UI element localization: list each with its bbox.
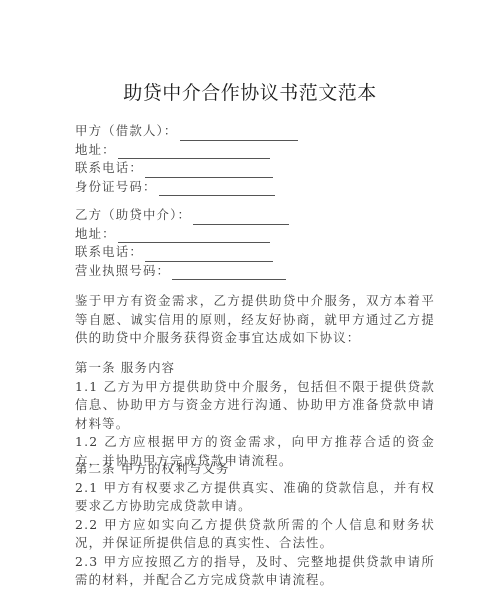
party-b-name-field: 乙方（助贷中介）： [75,206,289,225]
party-a-id-blank[interactable] [159,183,275,196]
field-label: 身份证号码： [75,178,157,197]
document-page: 助贷中介合作协议书范文范本 甲方（借款人）： 地址： 联系电话： 身份证号码： … [0,0,500,597]
party-b-license-blank[interactable] [172,267,286,280]
field-label: 联系电话： [75,243,143,262]
party-b-phone-blank[interactable] [145,249,273,262]
party-b-address-blank[interactable] [118,230,270,243]
party-b-name-blank[interactable] [193,212,289,225]
clause-2-3: 2.3 甲方应按照乙方的指导，及时、完整地提供贷款申请所需的材料，并配合乙方完成… [75,553,435,590]
party-a-address-blank[interactable] [118,146,270,159]
party-a-phone-blank[interactable] [145,165,273,178]
party-b-info: 乙方（助贷中介）： 地址： 联系电话： 营业执照号码： [75,206,289,280]
party-a-phone-field: 联系电话： [75,159,298,178]
field-label: 营业执照号码： [75,262,170,281]
party-a-address-field: 地址： [75,141,298,160]
clause-1-1: 1.1 乙方为甲方提供助贷中介服务，包括但不限于提供贷款信息、协助甲方与资金方进… [75,378,435,434]
party-b-license-field: 营业执照号码： [75,262,289,281]
field-label: 甲方（借款人）： [75,122,178,141]
field-label: 乙方（助贷中介）： [75,206,191,225]
party-a-id-field: 身份证号码： [75,178,298,197]
section-1-heading: 第一条 服务内容 [75,359,435,378]
party-a-info: 甲方（借款人）： 地址： 联系电话： 身份证号码： [75,122,298,196]
clause-2-2: 2.2 甲方应如实向乙方提供贷款所需的个人信息和财务状况，并保证所提供信息的真实… [75,516,435,553]
field-label: 联系电话： [75,159,143,178]
section-2: 第二条 甲方的权利与义务 2.1 甲方有权要求乙方提供真实、准确的贷款信息，并有… [75,460,435,590]
document-title: 助贷中介合作协议书范文范本 [0,78,500,105]
section-2-heading: 第二条 甲方的权利与义务 [75,460,435,479]
party-a-name-field: 甲方（借款人）： [75,122,298,141]
preamble-paragraph: 鉴于甲方有资金需求，乙方提供助贷中介服务，双方本着平等自愿、诚实信用的原则，经友… [75,292,435,348]
party-a-name-blank[interactable] [180,128,298,141]
party-b-address-field: 地址： [75,225,289,244]
preamble-text: 鉴于甲方有资金需求，乙方提供助贷中介服务，双方本着平等自愿、诚实信用的原则，经友… [75,292,435,348]
field-label: 地址： [75,225,116,244]
party-b-phone-field: 联系电话： [75,243,289,262]
section-1: 第一条 服务内容 1.1 乙方为甲方提供助贷中介服务，包括但不限于提供贷款信息、… [75,359,435,470]
field-label: 地址： [75,141,116,160]
clause-2-1: 2.1 甲方有权要求乙方提供真实、准确的贷款信息，并有权要求乙方协助完成贷款申请… [75,479,435,516]
